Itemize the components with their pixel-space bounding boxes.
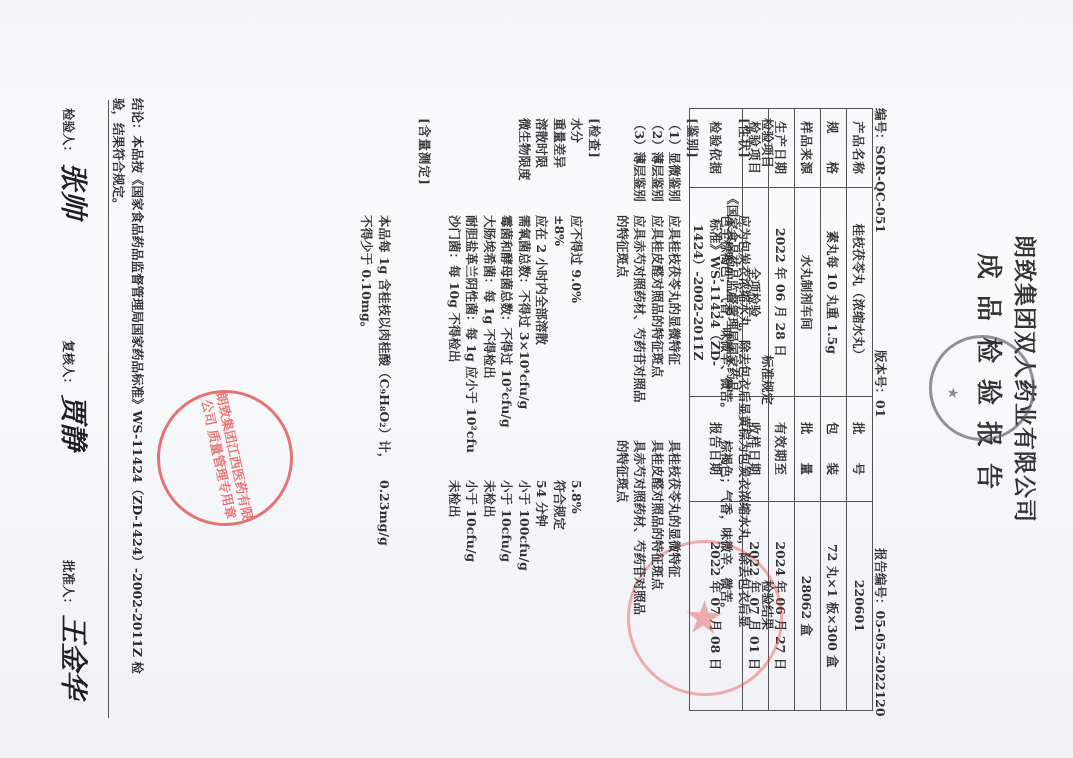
column-item: 检验项目	[759, 118, 777, 168]
assay-result: 0.23mg/g	[376, 480, 394, 546]
product-name: 桂枝茯苓丸（浓缩水丸）	[847, 188, 873, 397]
sample-source: 水丸制剂车间	[795, 188, 821, 397]
table-row: 样品来源 水丸制剂车间 批 量 28062 盒	[795, 109, 821, 711]
appearance-result: 为包炭衣浓缩水丸，除去包衣后显 棕褐色；气香，味微辛、微苦。	[718, 440, 753, 628]
specification: 素丸每 10 丸重 1.5g	[821, 188, 847, 397]
conclusion: 结论：本品按《国家食品药品监督管理局国家药品标准》WS-11424（ZD-142…	[109, 98, 147, 678]
qa-management-stamp: 朗致集团江西医药有限公司 质量管理专用章	[144, 377, 305, 538]
appearance-standard: 应为包炭衣浓缩水丸，除去包衣后显黄棕 色至棕褐色；气香，味微辛、微苦。	[718, 215, 753, 440]
conclusion-text: 本品按《国家食品药品监督管理局国家药品标准》WS-11424（ZD-1424）-…	[111, 98, 145, 674]
table-row: 规 格 素丸每 10 丸重 1.5g 包 装 72 丸×1 板×300 盒	[821, 109, 847, 711]
assay-standard: 本品每 1g 含桂枝以肉桂酸（C₉H₈O₂）计， 不得少于 0.10mg。	[358, 215, 393, 465]
batch-number: 220601	[847, 501, 873, 710]
identification-results: 具桂枝茯苓丸的显微特征 具桂皮醛对照品的特征斑点 具赤芍对照药材、芍药苷对照品 …	[614, 440, 684, 615]
approver-handwriting: 王金华	[57, 614, 90, 698]
packaging: 72 丸×1 板×300 盒	[821, 501, 847, 710]
section-assay: [含量测定]	[416, 118, 434, 186]
inspection-standards: 应不得过 9.0% ±8% 应在 2 小时内全部溶散 需氧菌总数：不得过 3×1…	[446, 215, 586, 453]
column-result: 检验结果	[759, 580, 777, 630]
doc-number: 编号：SOR-QC-051	[872, 108, 890, 233]
section-appearance: [性状]	[736, 118, 754, 159]
section-identification: [鉴别]	[684, 118, 702, 202]
approver-signature: 批准人： 王金华	[55, 560, 95, 698]
inspection-results: 5.8% 符合规定 54 分钟 小于 100cfu/g 小于 10cfu/g 未…	[446, 480, 586, 571]
conclusion-label: 结论：	[130, 98, 145, 136]
identification-items: [鉴别] （1）显微鉴别 （2）薄层鉴别 （3）薄层鉴别	[631, 118, 701, 202]
identification-standards: 应具桂枝茯苓丸的显微特征 应具桂皮醛对照品的特征斑点 应具赤芍对照药材、芍药苷对…	[614, 215, 684, 403]
section-inspection: [检查]	[586, 118, 604, 181]
version-number: 版本号：01	[872, 350, 890, 417]
report-number: 报告编号：05-05-2022120	[872, 548, 890, 717]
batch-quantity: 28062 盒	[795, 501, 821, 710]
reviewer-handwriting: 贾静	[57, 394, 90, 450]
inspector-signature: 检验人： 张帅	[55, 108, 95, 218]
inspection-items: [检查] 水分 重量差异 溶散时限 微生物限度	[516, 118, 604, 181]
inspection-report-page: 朗致集团双人药业有限公司 成品检验报告 ★ 编号：SOR-QC-051 版本号：…	[0, 0, 1073, 758]
signature-divider	[108, 100, 109, 718]
reviewer-signature: 复核人： 贾静	[55, 340, 95, 450]
qa-stamp-text: 朗致集团江西医药有限公司 质量管理专用章	[196, 391, 254, 525]
inspector-handwriting: 张帅	[57, 162, 90, 218]
column-standard: 标准规定	[759, 355, 777, 405]
star-icon: ★	[936, 343, 969, 444]
table-row: 产品名称 桂枝茯苓丸（浓缩水丸） 批 号 220601	[847, 109, 873, 711]
